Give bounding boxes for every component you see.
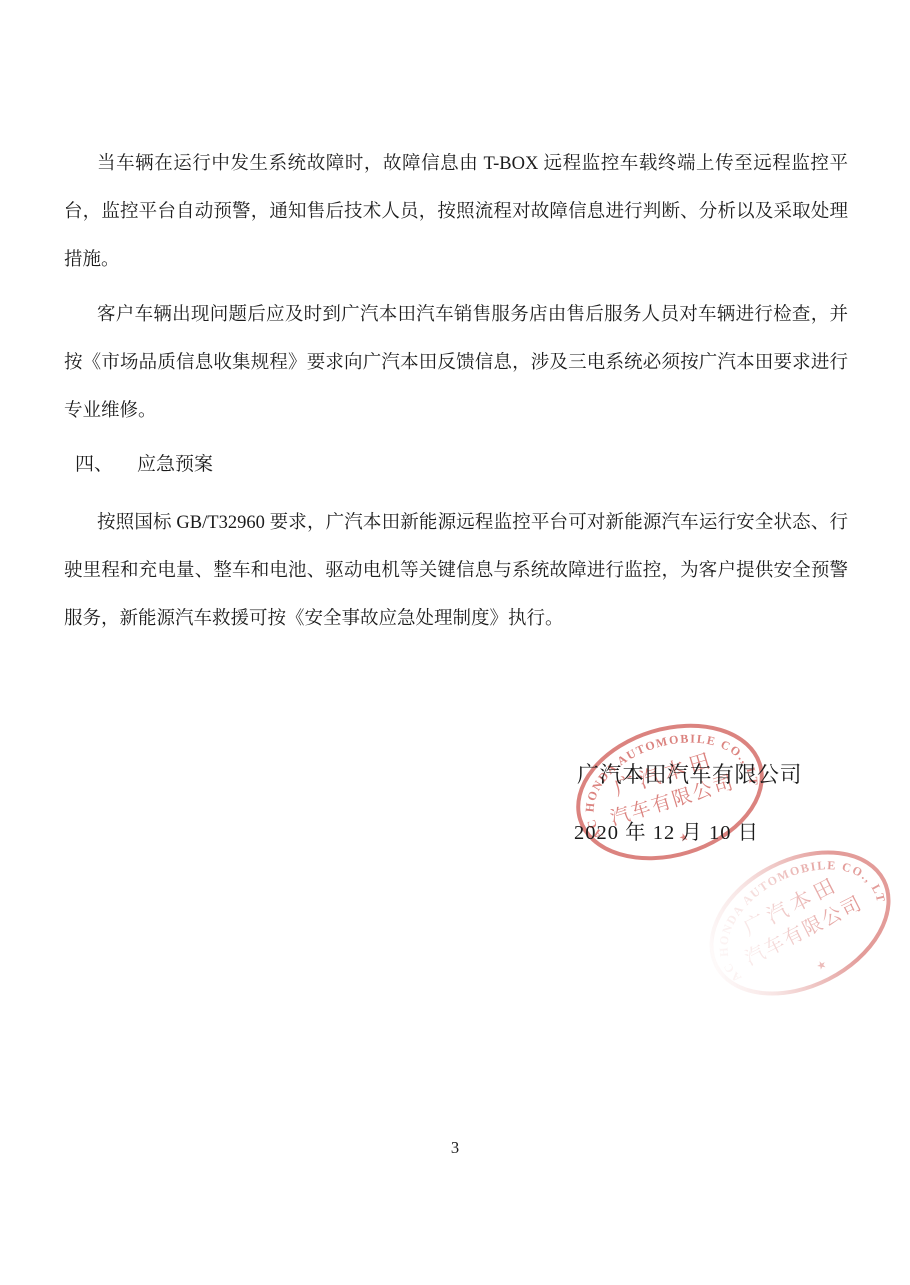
seal-company-name-line1: 广汽本田 — [740, 872, 844, 941]
section-number: 四、 — [75, 454, 113, 475]
seal-company-name-line2: 汽车有限公司 — [742, 892, 867, 970]
paragraph-line: 按《市场品质信息收集规程》要求向广汽本田反馈信息，涉及三电系统必须按广汽本田要求… — [64, 339, 848, 387]
paragraph-line: 服务，新能源汽车救援可按《安全事故应急处理制度》执行。 — [64, 595, 848, 643]
body-paragraph-1: 当车辆在运行中发生系统故障时，故障信息由 T-BOX 远程监控车载终端上传至远程… — [64, 140, 848, 284]
document-page: 当车辆在运行中发生系统故障时，故障信息由 T-BOX 远程监控车载终端上传至远程… — [0, 0, 910, 1285]
paragraph-line: 当车辆在运行中发生系统故障时，故障信息由 T-BOX 远程监控车载终端上传至远程… — [64, 140, 848, 188]
signature-date: 2020 年 12 月 10 日 — [574, 821, 759, 846]
page-number: 3 — [0, 1138, 910, 1158]
seal-border — [688, 824, 910, 1022]
body-paragraph-2: 客户车辆出现问题后应及时到广汽本田汽车销售服务店由售后服务人员对车辆进行检查，并… — [64, 291, 848, 435]
seal-star-icon: ★ — [815, 958, 829, 973]
company-seal-secondary: GAC HONDA AUTOMOBILE CO., LTD. 广汽本田 汽车有限… — [679, 815, 910, 1031]
paragraph-line: 措施。 — [64, 236, 848, 284]
seal-border — [562, 704, 779, 879]
paragraph-line: 台，监控平台自动预警，通知售后技术人员，按照流程对故障信息进行判断、分析以及采取… — [64, 188, 848, 236]
seal-graphic: GAC HONDA AUTOMOBILE CO., LTD. 广汽本田 汽车有限… — [679, 815, 910, 1031]
section-title: 应急预案 — [137, 454, 213, 475]
paragraph-line: 专业维修。 — [64, 387, 848, 435]
seal-graphic: GAC HONDA AUTOMOBILE CO., LTD. 广汽本田 汽车有限… — [554, 696, 786, 888]
paragraph-line: 驶里程和充电量、整车和电池、驱动电机等关键信息与系统故障进行监控，为客户提供安全… — [64, 547, 848, 595]
company-seal: GAC HONDA AUTOMOBILE CO., LTD. 广汽本田 汽车有限… — [554, 696, 786, 888]
body-paragraph-3: 按照国标 GB/T32960 要求，广汽本田新能源远程监控平台可对新能源汽车运行… — [64, 499, 848, 643]
paragraph-line: 按照国标 GB/T32960 要求，广汽本田新能源远程监控平台可对新能源汽车运行… — [64, 499, 848, 547]
company-signature: 广汽本田汽车有限公司 — [577, 762, 802, 788]
section-heading: 四、应急预案 — [75, 441, 213, 489]
paragraph-line: 客户车辆出现问题后应及时到广汽本田汽车销售服务店由售后服务人员对车辆进行检查，并 — [64, 291, 848, 339]
